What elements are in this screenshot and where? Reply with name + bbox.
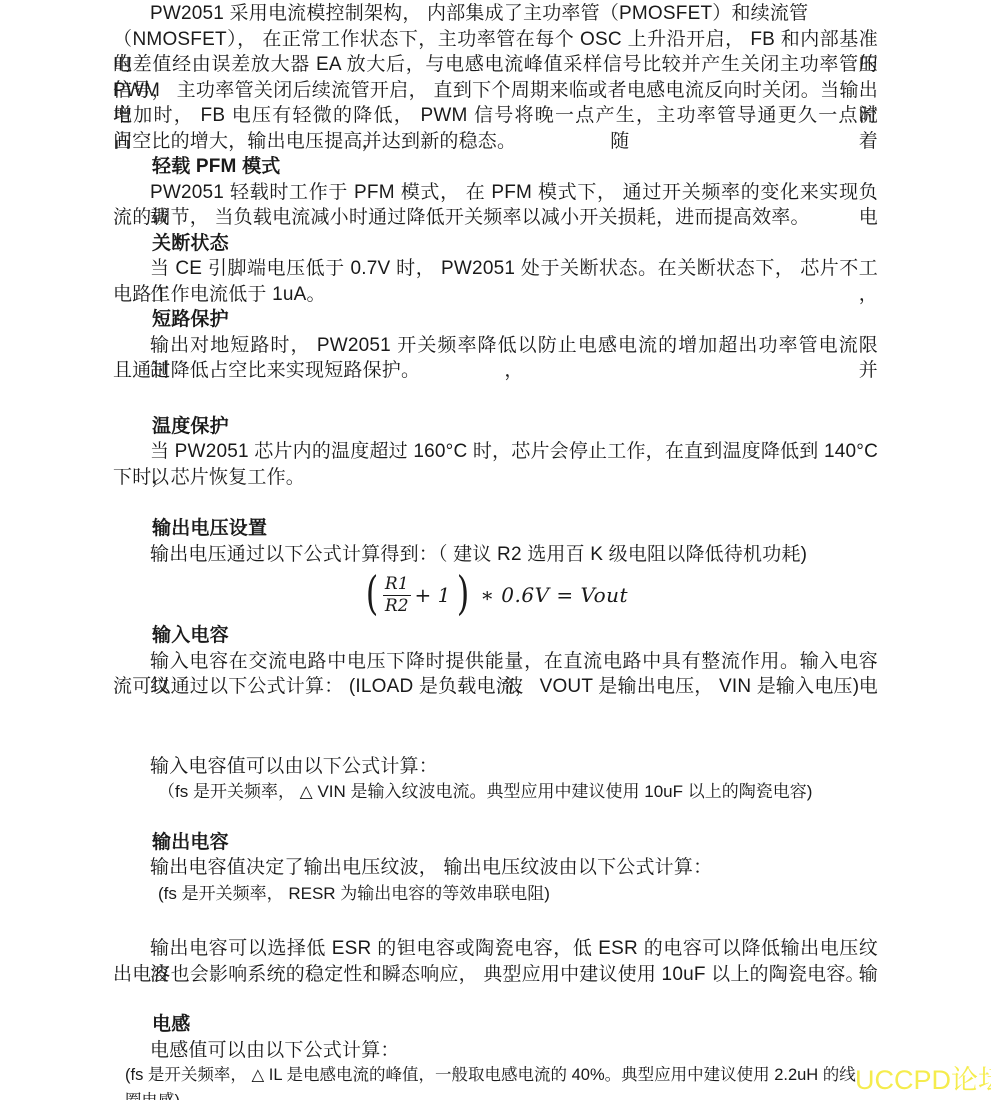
heading-thermal-protection: 温度保护	[0, 414, 991, 440]
formula-fraction: R1 R2	[383, 575, 411, 615]
paragraph-line: 输入电容值可以由以下公式计算：	[0, 754, 991, 780]
blank-space	[0, 805, 991, 830]
heading-input-capacitor: 输入电容	[0, 623, 991, 649]
blank-space	[0, 490, 991, 516]
paragraph-line: 电感值可以由以下公式计算：	[0, 1038, 991, 1064]
formula-placeholder-space	[0, 906, 991, 936]
paragraph-line: 输入电容在交流电路中电压下降时提供能量，在直流电路中具有整流作用。输入电容纹波电	[0, 649, 991, 675]
formula-close-paren: )	[457, 570, 470, 616]
blank-space	[0, 987, 991, 1012]
formula-plus-one: + 1	[415, 583, 451, 607]
formula-note-line: (fs 是开关频率， △ IL 是电感电流的峰值，一般取电感电流的 40%。典型…	[0, 1063, 991, 1089]
heading-output-capacitor: 输出电容	[0, 830, 991, 856]
paragraph-line: PW2051 轻载时工作于 PFM 模式， 在 PFM 模式下， 通过开关频率的…	[0, 180, 991, 206]
blank-space	[0, 384, 991, 414]
paragraph-line: 下时，芯片恢复工作。	[0, 465, 991, 491]
formula-note-line: （fs 是开关频率， △ VIN 是输入纹波电流。典型应用中建议使用 10uF …	[0, 779, 991, 805]
heading-short-circuit-protection: 短路保护	[0, 307, 991, 333]
formula-note-line: (fs 是开关频率， RESR 为输出电容的等效串联电阻)	[0, 881, 991, 907]
paragraph-line: 输出电容可以选择低 ESR 的钽电容或陶瓷电容，低 ESR 的电容可以降低输出电…	[0, 936, 991, 962]
paragraph-line: 当 PW2051 芯片内的温度超过 160°C 时，芯片会停止工作，在直到温度降…	[0, 439, 991, 465]
formula-numerator: R1	[383, 575, 411, 596]
paragraph-line: 信号， 主功率管关闭后续流管开启， 直到下个周期来临或者电感电流反向时关闭。当输…	[0, 78, 991, 104]
paragraph-line: 增加时， FB 电压有轻微的降低， PWM 信号将晚一点产生，主功率管导通更久一…	[0, 103, 991, 129]
formula-open-paren: (	[366, 570, 379, 616]
paragraph-line: 的差值经由误差放大器 EA 放大后，与电感电流峰值采样信号比较并产生关闭主功率管…	[0, 52, 991, 78]
paragraph-line: 流可以通过以下公式计算： (ILOAD 是负载电流， VOUT 是输出电压， V…	[0, 674, 991, 700]
uccpd-watermark: UCCPD论坛	[855, 1064, 991, 1096]
output-voltage-formula: ( R1 R2 + 1 ) ∗ 0.6V = Vout	[0, 567, 991, 623]
formula-result: ∗ 0.6V = Vout	[480, 583, 628, 607]
paragraph-line: 当 CE 引脚端电压低于 0.7V 时， PW2051 处于关断状态。在关断状态…	[0, 256, 991, 282]
heading-light-load-pfm-mode: 轻载 PFM 模式	[0, 154, 991, 180]
formula-placeholder-space	[0, 700, 991, 754]
paragraph-line: 输出电容值决定了输出电压纹波， 输出电压纹波由以下公式计算：	[0, 855, 991, 881]
document-page: PW2051 采用电流模控制架构， 内部集成了主功率管（PMOSFET）和续流管…	[0, 0, 991, 1100]
heading-shutdown-state: 关断状态	[0, 231, 991, 257]
formula-denominator: R2	[383, 596, 411, 616]
paragraph-line: （NMOSFET）， 在正常工作状态下，主功率管在每个 OSC 上升沿开启， F…	[0, 27, 991, 53]
paragraph-line: 出电容也会影响系统的稳定性和瞬态响应， 典型应用中建议使用 10uF 以上的陶瓷…	[0, 962, 991, 988]
paragraph-line: 输出电压通过以下公式计算得到：（ 建议 R2 选用百 K 级电阻以降低待机功耗)	[0, 542, 991, 568]
paragraph-line: PW2051 采用电流模控制架构， 内部集成了主功率管（PMOSFET）和续流管	[0, 1, 991, 27]
paragraph-line: 输出对地短路时， PW2051 开关频率降低以防止电感电流的增加超出功率管电流限…	[0, 333, 991, 359]
heading-inductor: 电感	[0, 1012, 991, 1038]
heading-output-voltage-setting: 输出电压设置	[0, 516, 991, 542]
